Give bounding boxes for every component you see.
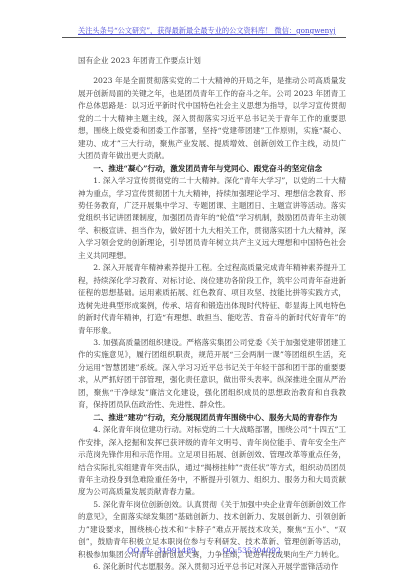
section-heading: 二、推进“建功”行动，充分展现团员青年围绕中心、服务大局的青春作为 [78, 412, 346, 424]
qq-number: QQ:535304092 [222, 546, 281, 555]
paragraph: 6. 深化新时代志愿服务。深入贯彻习近平总书记对深入开展学雷锋活动作 [78, 561, 346, 573]
contact-footer: QQ 群：31991489 QQ:535304092 [0, 545, 408, 556]
paragraph: 2023 年是全面贯彻落实党的二十大精神的开局之年，是推动公司高质量发展开创新局… [78, 75, 346, 162]
qq-group: QQ 群：31991489 [127, 546, 196, 555]
paragraph: 2. 深入开展青年精神素养提升工程。全过程高质量完成青年精神素养提升工程，持续深… [78, 262, 346, 337]
promo-link[interactable]: 关注头条号“公文研究”，获得最新最全最专业的公文资料库！ 微信：gongweny… [78, 26, 336, 35]
section-heading: 一、推进“凝心”行动，激发团员青年与党同心、跟党奋斗的坚定信念 [78, 163, 346, 175]
paragraph: 4. 深化青年岗位建功行动。对标党的二十大战略部署，围绕公司“十四五”工作安排，… [78, 424, 346, 499]
paragraph: 3. 加强高质量团组织建设。严格落实集团公司党委《关于加强党建带团建工作的实施意… [78, 337, 346, 412]
paragraph: 1. 深入学习宣传贯彻党的二十大精神。深化“青年大学习”，以党的二十大精神为重点… [78, 175, 346, 262]
promo-header: 关注头条号“公文研究”，获得最新最全最专业的公文资料库！ 微信：gongweny… [62, 26, 346, 38]
document-body: 国有企业 2023 年团青工作要点计划 2023 年是全面贯彻落实党的二十大精神… [78, 55, 346, 574]
document-title: 国有企业 2023 年团青工作要点计划 [78, 55, 346, 67]
